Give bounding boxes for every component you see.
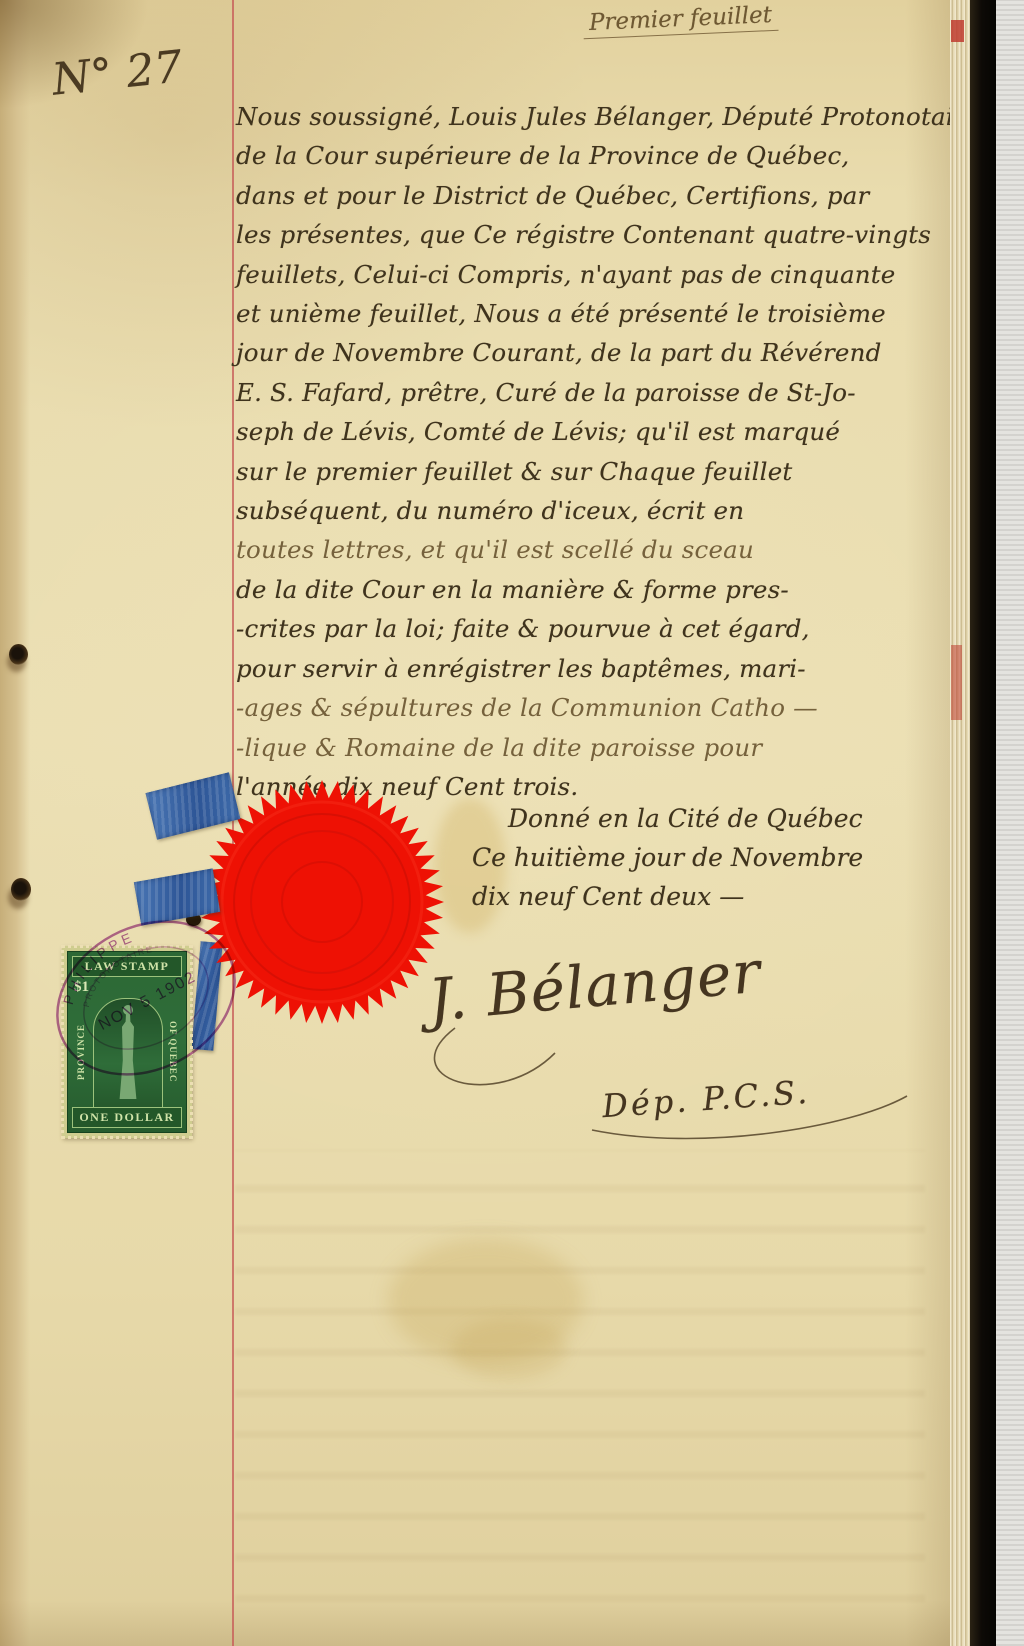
page-left-edge [0, 0, 30, 1646]
signature-flourish [380, 938, 940, 1158]
text-line: Donné en la Cité de Québec [472, 799, 932, 838]
text-line: pour servir à enrégistrer les baptêmes, … [236, 649, 936, 688]
text-line: seph de Lévis, Comté de Lévis; qu'il est… [236, 412, 936, 451]
notary-oval-stamp: PHILIPPE PROTONOTAIRE NOV 5 1902 [28, 880, 263, 1115]
text-line: feuillets, Celui-ci Compris, n'ayant pas… [236, 255, 936, 294]
notary-date: NOV 5 1902 [96, 968, 199, 1034]
stacked-page-edges [950, 0, 970, 1646]
text-line: E. S. Fafard, prêtre, Curé de la paroiss… [236, 373, 936, 412]
text-line: -crites par la loi; faite & pourvue à ce… [236, 609, 936, 648]
text-line: -lique & Romaine de la dite paroisse pou… [236, 728, 936, 767]
text-line: subséquent, du numéro d'iceux, écrit en [236, 491, 936, 530]
page-edge-mark [951, 645, 962, 720]
text-line: de la Cour supérieure de la Province de … [236, 136, 936, 175]
page-edge-mark [951, 20, 964, 42]
closing-text: Donné en la Cité de Québec Ce huitième j… [472, 799, 932, 916]
text-line: sur le premier feuillet & sur Chaque feu… [236, 452, 936, 491]
text-line: et unième feuillet, Nous a été présenté … [236, 294, 936, 333]
text-line: dans et pour le District de Québec, Cert… [236, 176, 936, 215]
certification-text: Nous soussigné, Louis Jules Bélanger, Dé… [236, 97, 936, 806]
text-line: dix neuf Cent deux — [472, 877, 932, 916]
paper-stain [452, 1318, 567, 1380]
text-line: Ce huitième jour de Novembre [472, 838, 932, 877]
text-line: de la dite Cour en la manière & forme pr… [236, 570, 936, 609]
text-line: toutes lettres, et qu'il est scellé du s… [236, 530, 936, 569]
binding-cloth [996, 0, 1024, 1646]
book-spine [970, 0, 996, 1646]
text-line: les présentes, que Ce régistre Contenant… [236, 215, 936, 254]
text-line: jour de Novembre Courant, de la part du … [236, 333, 936, 372]
text-line: Nous soussigné, Louis Jules Bélanger, Dé… [236, 97, 936, 136]
text-line: -ages & sépultures de la Communion Catho… [236, 688, 936, 727]
binding-hole [9, 644, 28, 665]
ink-bleed-through [235, 1150, 925, 1630]
